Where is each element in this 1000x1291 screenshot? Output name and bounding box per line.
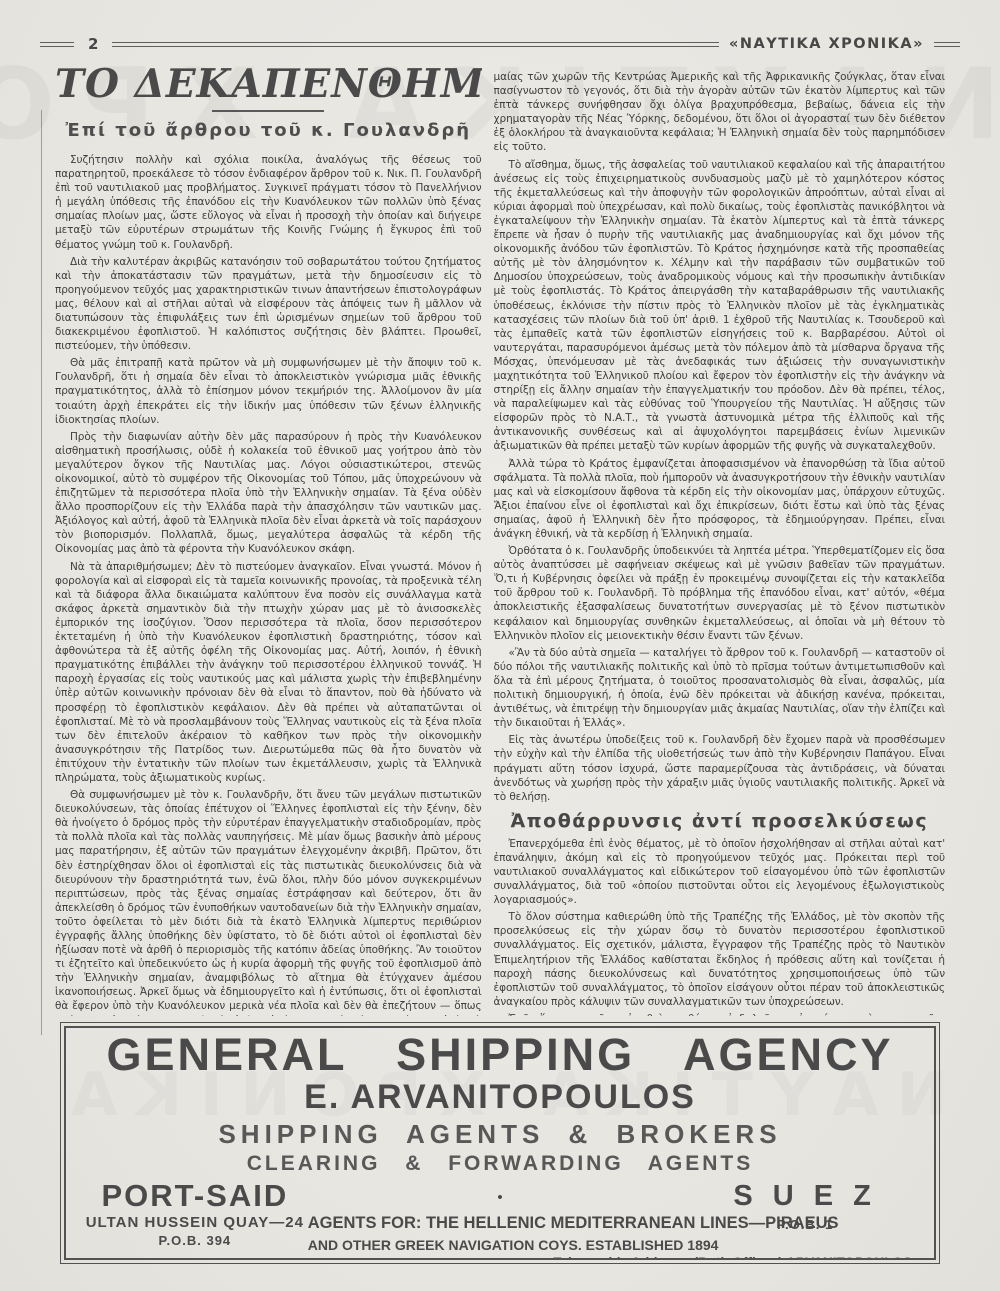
article-paragraph: Πρὸς τὴν διαφωνίαν αὐτὴν δὲν μᾶς παρασύρ… — [55, 430, 482, 557]
article-title-block: ΤΟ ΔΕΚΑΠΕΝΘΗΜΕΡΟΝ Ἐπί τοῦ ἄρθρου τοῦ κ. … — [55, 64, 482, 141]
ad-role-line-1: SHIPPING AGENTS & BROKERS — [82, 1119, 918, 1150]
ad-port-said-pob: P.O.B. 394 — [82, 1233, 308, 1248]
page-edge-line — [41, 110, 42, 1035]
article-paragraph: Διὰ τὴν καλυτέραν ἀκριβῶς κατανόησιν τοῦ… — [55, 255, 482, 354]
advertisement: GENERAL SHIPPING AGENCY E. ARVANITOPOULO… — [60, 1022, 940, 1264]
article-paragraph: Τὸ αἴσθημα, ὅμως, τῆς ἀσφαλείας τοῦ ναυτ… — [494, 158, 945, 454]
magazine-page: ΝΑΥΤΙΚΑ ΧΡΟΝΙΚΑ ΝΑΥΤΙΚΑ ΧΡΟΝΙΚΑ 2 «ΝΑΥΤΙ… — [0, 0, 1000, 1291]
ad-other-coys-line: AND OTHER GREEK NAVIGATION COYS. ESTABLI… — [308, 1237, 693, 1253]
header-rule-left — [40, 42, 74, 47]
article-paragraph: Συζήτησιν πολλὴν καὶ σχόλια ποικίλα, ἀνα… — [55, 153, 482, 252]
ad-agents-for-line: AGENTS FOR: THE HELLENIC MEDITERRANEAN L… — [308, 1214, 693, 1233]
article-paragraph: Νὰ τὰ ἀπαριθμήσωμεν; Δὲν τὸ πιστεύομεν ἀ… — [55, 560, 482, 786]
header-rule-right — [934, 42, 960, 47]
ad-offices-row: PORT-SAID ULTAN HUSSEIN QUAY—24 P.O.B. 3… — [82, 1180, 918, 1253]
left-column: ΤΟ ΔΕΚΑΠΕΝΘΗΜΕΡΟΝ Ἐπί τοῦ ἄρθρου τοῦ κ. … — [55, 64, 482, 1016]
ad-owner-name: E. ARVANITOPOULOS — [82, 1080, 918, 1116]
page-number: 2 — [74, 35, 112, 53]
ad-role-line-2: CLEARING & FORWARDING AGENTS — [82, 1152, 918, 1176]
ad-frame: GENERAL SHIPPING AGENCY E. ARVANITOPOULO… — [64, 1026, 936, 1260]
article-paragraph: Ἀλλὰ τώρα τὸ Κράτος ἐμφανίζεται ἀποφασισ… — [494, 457, 945, 542]
article-paragraph: «Ἂν τὰ δύο αὐτὰ σημεῖα — καταλήγει τὸ ἄρ… — [494, 646, 945, 731]
article-columns: ΤΟ ΔΕΚΑΠΕΝΘΗΜΕΡΟΝ Ἐπί τοῦ ἄρθρου τοῦ κ. … — [55, 64, 945, 1016]
article-paragraph: Τὸ ὅλον σύστημα καθιερώθη ὑπὸ τῆς Τραπέζ… — [494, 910, 945, 1009]
page-header: 2 «ΝΑΥΤΙΚΑ ΧΡΟΝΙΚΑ» — [40, 36, 960, 52]
ad-port-said-office: PORT-SAID ULTAN HUSSEIN QUAY—24 P.O.B. 3… — [82, 1180, 308, 1248]
title-underline — [212, 110, 324, 112]
masthead-title: «ΝΑΥΤΙΚΑ ΧΡΟΝΙΚΑ» — [719, 36, 934, 52]
header-rule-middle — [112, 42, 719, 47]
ad-agents-block: • AGENTS FOR: THE HELLENIC MEDITERRANEAN… — [308, 1180, 693, 1253]
article-title: ΤΟ ΔΕΚΑΠΕΝΘΗΜΕΡΟΝ — [55, 64, 482, 105]
ad-port-said-city: PORT-SAID — [82, 1180, 308, 1211]
ad-telegraphic-address: Telegraphic Address: (Both Offices) ARVA… — [82, 1255, 918, 1260]
right-column: μαίας τῶν χωρῶν τῆς Κεντρώας Ἀμερικῆς κα… — [494, 70, 945, 1016]
ad-suez-office: S U E Z P.O.B. 1 — [692, 1180, 918, 1232]
section-heading: Ἀποθάρρυνσις ἀντί προσελκύσεως — [494, 810, 945, 832]
article-paragraph: Ἐνῶ, ὅμως, τοιαῦται ἀγαθαὶ προθέσεις ἐκδ… — [494, 1012, 945, 1016]
ad-suez-city: S U E Z — [692, 1182, 918, 1211]
article-subtitle: Ἐπί τοῦ ἄρθρου τοῦ κ. Γουλανδρῆ — [55, 120, 482, 141]
article-paragraph: Εἰς τὰς ἀνωτέρω ὑποδείξεις τοῦ κ. Γουλαν… — [494, 733, 945, 803]
ad-agency-name: GENERAL SHIPPING AGENCY — [82, 1032, 918, 1078]
article-paragraph: Ἐπανερχόμεθα ἐπὶ ἑνὸς θέματος, μὲ τὸ ὁπο… — [494, 837, 945, 907]
article-paragraph: Θὰ συμφωνήσωμεν μὲ τὸν κ. Γουλανδρῆν, ὅτ… — [55, 788, 482, 1016]
ad-port-said-address: ULTAN HUSSEIN QUAY—24 — [82, 1214, 308, 1231]
bullet-separator: • — [308, 1190, 693, 1205]
article-paragraph: Ὀρθότατα ὁ κ. Γουλανδρῆς ὑποδεικνύει τὰ … — [494, 544, 945, 643]
article-paragraph: Θὰ μᾶς ἐπιτραπῇ κατὰ πρῶτον νὰ μὴ συμφων… — [55, 356, 482, 426]
ad-suez-pob: P.O.B. 1 — [692, 1217, 918, 1232]
article-paragraph: μαίας τῶν χωρῶν τῆς Κεντρώας Ἀμερικῆς κα… — [494, 70, 945, 155]
